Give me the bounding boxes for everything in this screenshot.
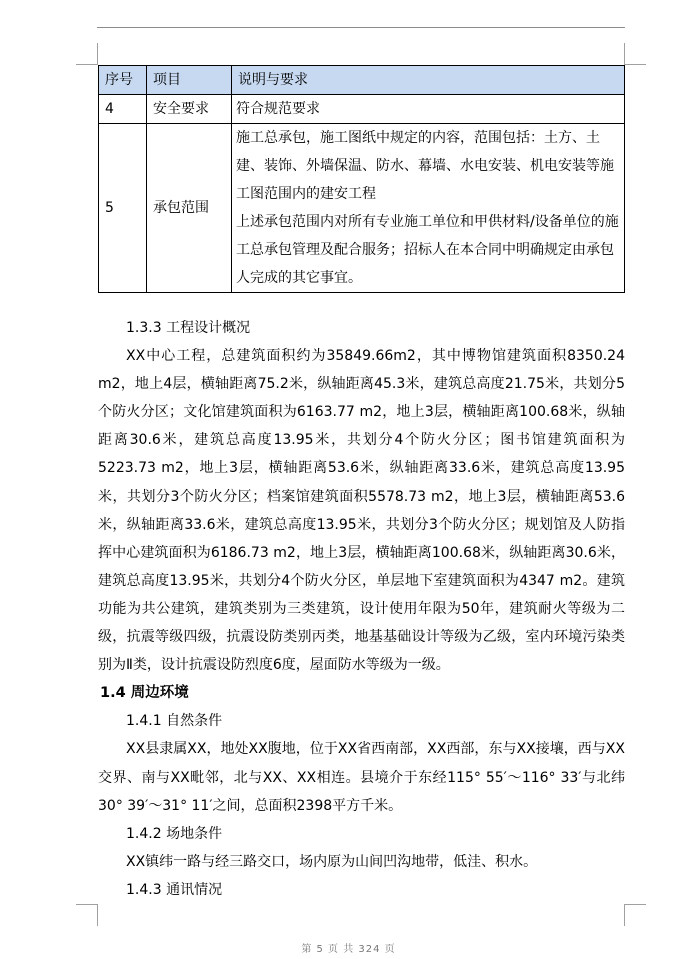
cell-desc-text: 施工总承包，施工图纸中规定的内容，范围包括：土方、土建、装饰、外墙保温、防水、幕… xyxy=(236,124,620,208)
table-header-row: 序号 项目 说明与要求 xyxy=(99,66,625,95)
paragraph-site-conditions: XX镇纬一路与经三路交口，场内原为山间凹沟地带，低洼、积水。 xyxy=(98,848,625,876)
cell-item: 承包范围 xyxy=(147,124,232,293)
crop-mark-top-right-vertical xyxy=(624,43,625,64)
paragraph-design-overview: XX中心工程，总建筑面积约为35849.66m2，其中博物馆建筑面积8350.2… xyxy=(98,342,625,679)
paragraph-natural-conditions: XX县隶属XX，地处XX腹地，位于XX省西南部，XX西部，东与XX接壤，西与XX… xyxy=(98,735,625,819)
crop-mark-bottom-left-horizontal xyxy=(76,904,98,905)
header-item: 项目 xyxy=(147,66,232,95)
heading-1-4: 1.4 周边环境 xyxy=(98,679,625,707)
cell-desc: 施工总承包，施工图纸中规定的内容，范围包括：土方、土建、装饰、外墙保温、防水、幕… xyxy=(232,124,625,293)
cell-desc-text: 上述承包范围内对所有专业施工单位和甲供材料/设备单位的施工总承包管理及配合服务；… xyxy=(236,208,620,292)
document-body: 1.3.3 工程设计概况 XX中心工程，总建筑面积约为35849.66m2，其中… xyxy=(98,314,625,904)
crop-mark-top-left-horizontal xyxy=(76,64,98,65)
requirements-table: 序号 项目 说明与要求 4 安全要求 符合规范要求 5 承包范围 施工总承包，施… xyxy=(98,65,625,293)
cell-desc: 符合规范要求 xyxy=(232,95,625,124)
crop-mark-bottom-right-horizontal xyxy=(624,904,646,905)
table-row: 5 承包范围 施工总承包，施工图纸中规定的内容，范围包括：土方、土建、装饰、外墙… xyxy=(99,124,625,293)
crop-mark-top-right-horizontal xyxy=(624,64,646,65)
heading-1-4-2: 1.4.2 场地条件 xyxy=(98,820,625,848)
header-desc: 说明与要求 xyxy=(232,66,625,95)
cell-item: 安全要求 xyxy=(147,95,232,124)
heading-1-3-3: 1.3.3 工程设计概况 xyxy=(98,314,625,342)
header-no: 序号 xyxy=(99,66,147,95)
crop-mark-top-left-vertical xyxy=(97,43,98,64)
crop-mark-bottom-left-vertical xyxy=(97,904,98,926)
crop-mark-bottom-right-vertical xyxy=(624,904,625,926)
heading-1-4-3: 1.4.3 通讯情况 xyxy=(98,876,625,904)
cell-no: 5 xyxy=(99,124,147,293)
heading-1-4-1: 1.4.1 自然条件 xyxy=(98,707,625,735)
page-number-footer: 第 5 页 共 324 页 xyxy=(0,940,697,955)
table-row: 4 安全要求 符合规范要求 xyxy=(99,95,625,124)
page-top-rule xyxy=(97,27,625,28)
cell-no: 4 xyxy=(99,95,147,124)
cell-desc-text: 符合规范要求 xyxy=(236,95,620,123)
